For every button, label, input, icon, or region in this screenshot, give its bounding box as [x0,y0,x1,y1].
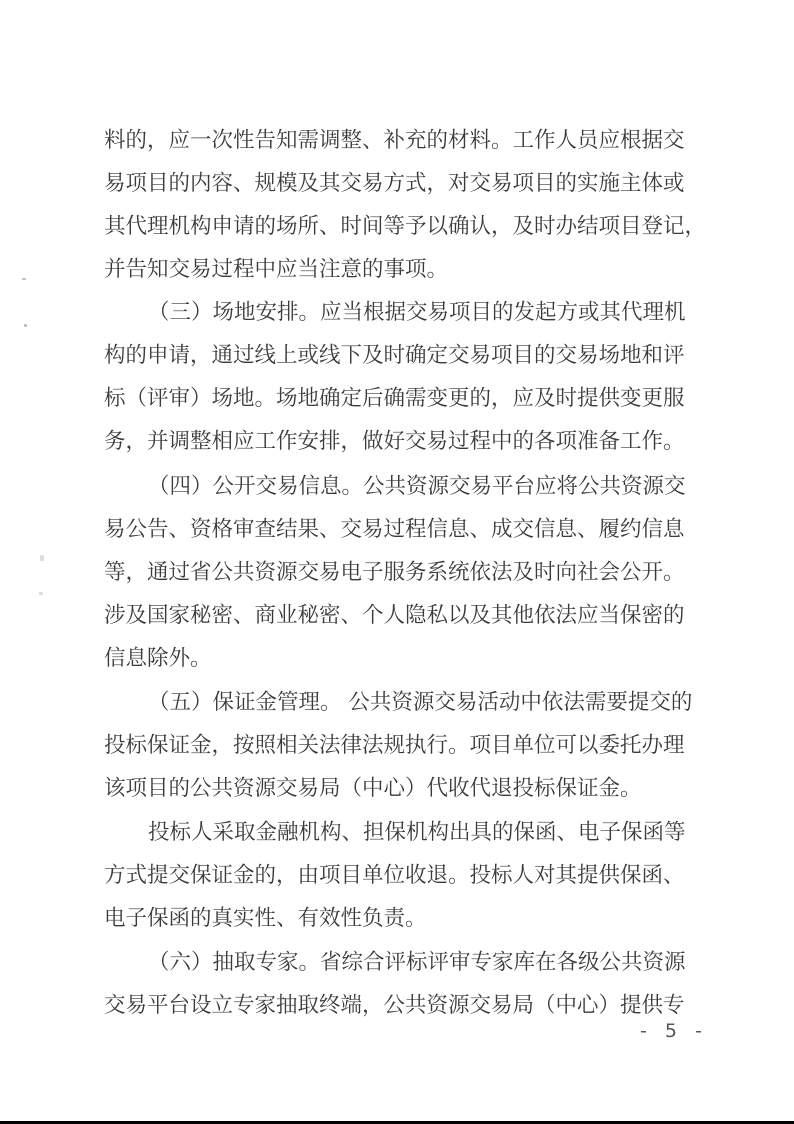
text-line: 等，通过省公共资源交易电子服务系统依法及时向社会公开。 [104,560,684,586]
text-line: 易项目的内容、规模及其交易方式，对交易项目的实施主体或 [104,171,684,197]
text-line: 交易平台设立专家抽取终端，公共资源交易局（中心）提供专 [104,993,684,1019]
page-number: - 5 - [640,1020,708,1042]
text-line: 并告知交易过程中应当注意的事项。 [104,257,684,283]
document-page: 料的，应一次性告知需调整、补充的材料。工作人员应根据交 易项目的内容、规模及其交… [0,0,794,1124]
text-line: 料的，应一次性告知需调整、补充的材料。工作人员应根据交 [104,128,684,154]
section-heading-line: （五）保证金管理。 公共资源交易活动中依法需要提交的 [148,690,684,716]
section-heading-line: （三）场地安排。应当根据交易项目的发起方或其代理机 [148,300,684,326]
section-heading-line: （六）抽取专家。省综合评标评审专家库在各级公共资源 [148,950,684,976]
text-line: 投标保证金，按照相关法律法规执行。项目单位可以委托办理 [104,733,684,759]
scan-speck [22,278,26,280]
scan-speck [24,324,27,327]
text-line: 信息除外。 [104,646,684,672]
section-heading-line: （四）公开交易信息。公共资源交易平台应将公共资源交 [148,474,684,500]
text-line: 该项目的公共资源交易局（中心）代收代退投标保证金。 [104,776,684,802]
text-line: 涉及国家秘密、商业秘密、个人隐私以及其他依法应当保密的 [104,603,684,629]
text-line: 标（评审）场地。场地确定后确需变更的，应及时提供变更服 [104,386,684,412]
scan-speck [40,555,44,561]
text-line: 方式提交保证金的，由项目单位收退。投标人对其提供保函、 [104,863,684,889]
text-line: 其代理机构申请的场所、时间等予以确认，及时办结项目登记， [104,214,684,240]
text-line: 务，并调整相应工作安排，做好交易过程中的各项准备工作。 [104,429,684,455]
text-line: 投标人采取金融机构、担保机构出具的保函、电子保函等 [148,820,684,846]
text-line: 电子保函的真实性、有效性负责。 [104,906,684,932]
scan-speck [39,592,43,595]
text-line: 构的申请，通过线上或线下及时确定交易项目的交易场地和评 [104,343,684,369]
text-line: 易公告、资格审查结果、交易过程信息、成交信息、履约信息 [104,517,684,543]
